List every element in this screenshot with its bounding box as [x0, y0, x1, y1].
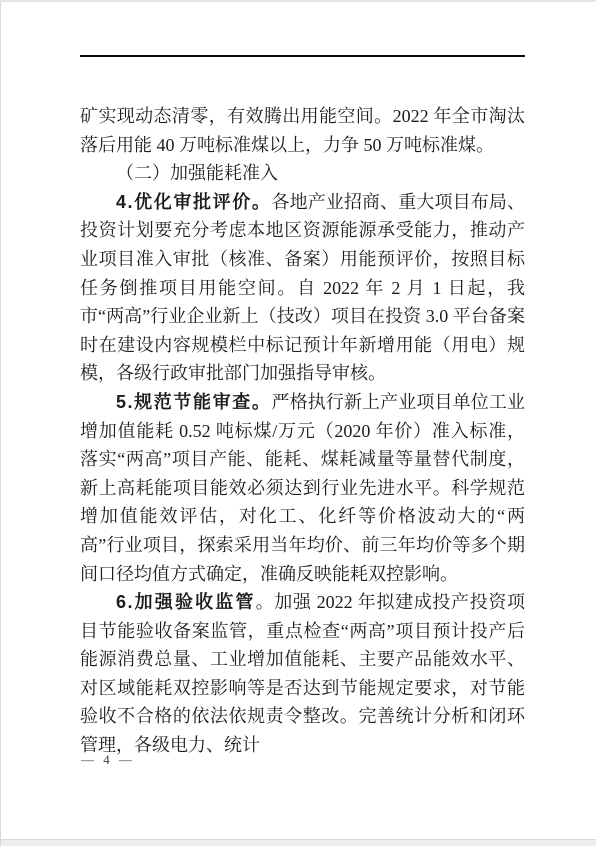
paragraph-lead: 6.加强验收监管 [116, 592, 256, 612]
paragraph-text: 严格执行新上产业项目单位工业增加值能耗 0.52 吨标煤/万元（2020 年价）… [80, 392, 525, 584]
paragraph: 4.优化审批评价。各地产业招商、重大项目布局、投资计划要充分考虑本地区资源能源承… [80, 188, 525, 388]
section-heading-text: （二）加强能耗准入 [116, 163, 278, 183]
paragraph: 5.规范节能审查。严格执行新上产业项目单位工业增加值能耗 0.52 吨标煤/万元… [80, 388, 525, 588]
paragraph-text: 矿实现动态清零，有效腾出用能空间。2022 年全市淘汰落后用能 40 万吨标准煤… [80, 106, 525, 155]
paragraph: 矿实现动态清零，有效腾出用能空间。2022 年全市淘汰落后用能 40 万吨标准煤… [80, 102, 525, 159]
document-page: 矿实现动态清零，有效腾出用能空间。2022 年全市淘汰落后用能 40 万吨标准煤… [0, 0, 596, 846]
paragraph: 6.加强验收监管。加强 2022 年拟建成投产投资项目节能验收备案监管，重点检查… [80, 588, 525, 760]
document-body: 矿实现动态清零，有效腾出用能空间。2022 年全市淘汰落后用能 40 万吨标准煤… [80, 102, 525, 760]
page-number: — 4 — [81, 752, 135, 768]
page-bottom-edge [1, 839, 596, 846]
paragraph-lead: 4.优化审批评价。 [116, 192, 271, 212]
paragraph-text: 。加强 2022 年拟建成投产投资项目节能验收备案监管，重点检查“两高”项目预计… [80, 592, 525, 755]
paragraph-text: 各地产业招商、重大项目布局、投资计划要充分考虑本地区资源能源承受能力，推动产业项… [80, 192, 525, 384]
paragraph-lead: 5.规范节能审查。 [116, 392, 271, 412]
header-rule [80, 55, 525, 57]
section-heading: （二）加强能耗准入 [80, 159, 525, 188]
